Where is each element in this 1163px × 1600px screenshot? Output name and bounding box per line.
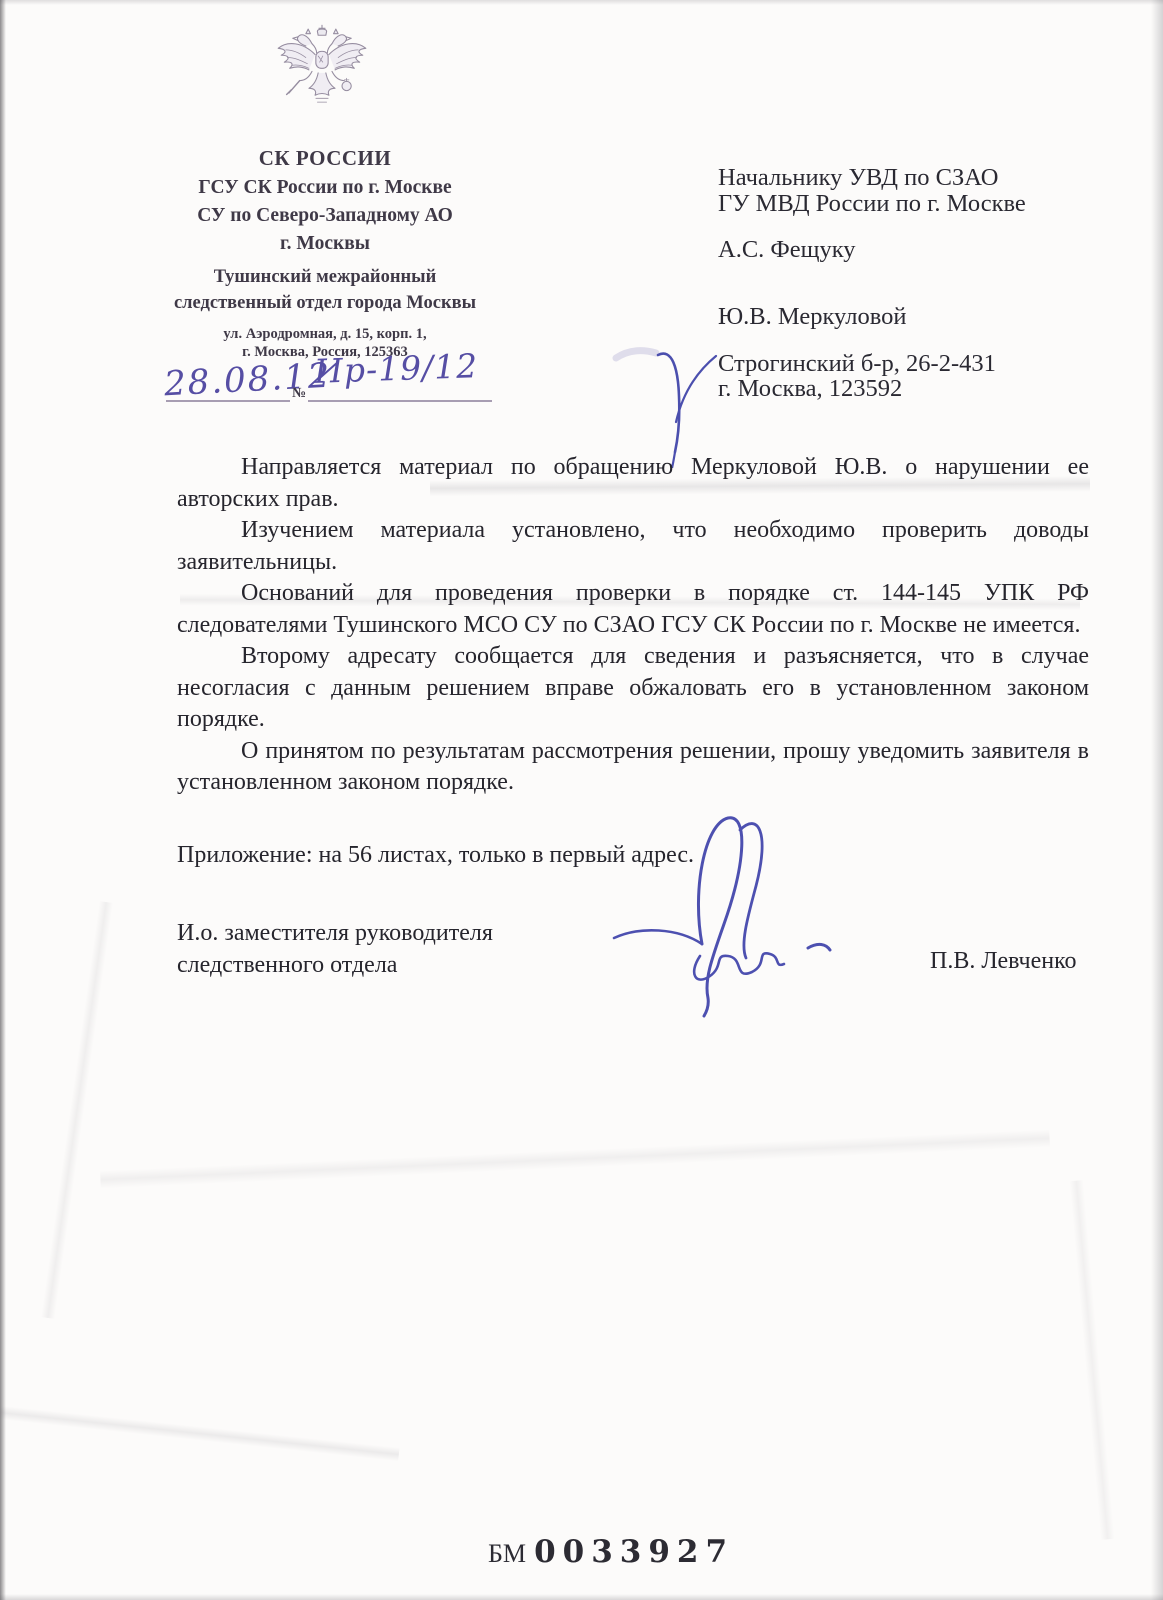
body-paragraph: Изучением материала установлено, что нео… [177,515,1089,578]
body-paragraph: О принятом по результатам рассмотрения р… [177,736,1089,799]
signer-name: П.В. Левченко [930,948,1077,975]
recipient-org-line: ГУ МВД России по г. Москве [718,190,1026,218]
letterhead-org-line: г. Москвы [145,233,505,255]
scan-edge-left [0,0,6,1600]
pen-checkmark-ink [612,338,722,468]
signer-position: И.о. заместителя руководителя следственн… [177,917,493,981]
scanned-letter-page: СК РОССИИ ГСУ СК России по г. Москве СУ … [0,0,1163,1600]
scan-edge-bottom [0,1594,1163,1600]
form-series: БМ [488,1539,526,1569]
handwritten-outgoing-number: Ир-19/12 [313,346,478,391]
recipient-person: Ю.В. Меркуловой [718,303,906,331]
scan-edge-top [0,0,1163,5]
number-underline [308,400,492,402]
number-sign: № [292,386,306,402]
letterhead-department-line: следственный отдел города Москвы [145,293,505,314]
letterhead-department-line: Тушинский межрайонный [145,267,505,288]
body-paragraph: Направляется материал по обращению Мерку… [177,452,1089,515]
signature-ink [600,808,860,1018]
form-number-stamp: БМ 0033927 [488,1534,734,1570]
paper-crease [1069,1180,1114,1540]
letterhead-address-line: ул. Аэродромная, д. 15, корп. 1, [145,326,505,343]
recipient-address-line: Строгинский б-р, 26-2-431 [718,350,996,378]
body-paragraph: Второму адресату сообщается для сведения… [177,641,1089,736]
body-paragraph: Оснований для проведения проверки в поря… [177,578,1089,641]
date-underline [166,400,290,402]
letterhead-org-line: СУ по Северо-Западному АО [145,205,505,227]
recipient-org-line: Начальнику УВД по СЗАО [718,164,998,192]
signer-position-line: следственного отдела [177,949,493,981]
handwritten-date: 28.08.12 [163,356,332,405]
letterhead-org-name: СК РОССИИ [145,146,505,171]
form-number: 0033927 [534,1534,734,1570]
russian-coat-of-arms-icon [272,20,372,112]
paper-crease [100,1129,1050,1188]
recipient-address-line: г. Москва, 123592 [718,375,902,403]
recipient-person: А.С. Фещуку [718,236,856,264]
letterhead-org-line: ГСУ СК России по г. Москве [145,177,505,199]
letter-body: Направляется материал по обращению Мерку… [177,452,1089,799]
paper-crease [0,1403,400,1462]
signer-position-line: И.о. заместителя руководителя [177,917,493,949]
paper-crease [41,901,113,1319]
scan-edge-right [1151,0,1163,1600]
